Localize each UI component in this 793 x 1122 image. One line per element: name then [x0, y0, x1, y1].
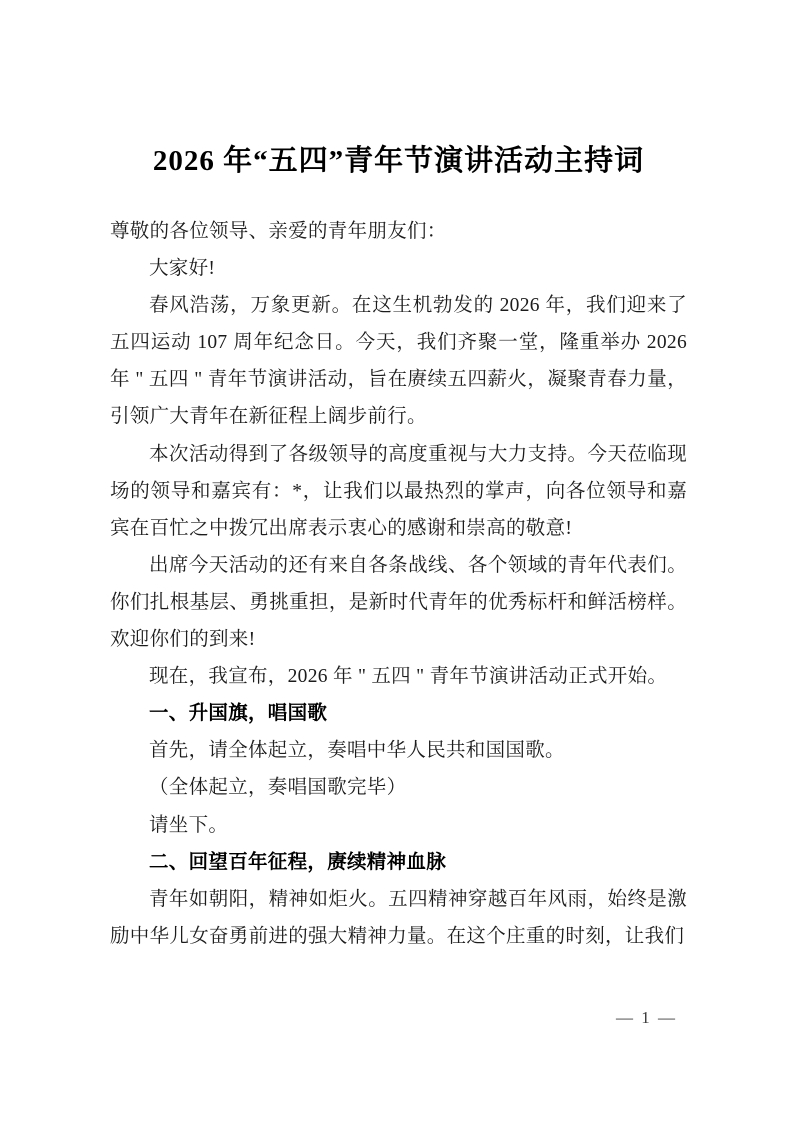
document-content: 2026 年“五四”青年节演讲活动主持词 尊敬的各位领导、亲爱的青年朋友们：大家… — [110, 138, 687, 955]
paragraph: 现在，我宣布，2026 年 " 五四 " 青年节演讲活动正式开始。 — [110, 658, 687, 695]
paragraph: 春风浩荡，万象更新。在这生机勃发的 2026 年，我们迎来了五四运动 107 周… — [110, 287, 687, 435]
document-page: 2026 年“五四”青年节演讲活动主持词 尊敬的各位领导、亲爱的青年朋友们：大家… — [0, 0, 793, 1122]
paragraph: 出席今天活动的还有来自各条战线、各个领域的青年代表们。你们扎根基层、勇挑重担，是… — [110, 547, 687, 658]
section-heading: 二、回望百年征程，赓续精神血脉 — [110, 844, 687, 881]
document-title: 2026 年“五四”青年节演讲活动主持词 — [110, 138, 687, 184]
paragraph: 本次活动得到了各级领导的高度重视与大力支持。今天莅临现场的领导和嘉宾有：*，让我… — [110, 436, 687, 547]
paragraphs: 尊敬的各位领导、亲爱的青年朋友们：大家好!春风浩荡，万象更新。在这生机勃发的 2… — [110, 213, 687, 955]
section-heading: 一、升国旗，唱国歌 — [110, 695, 687, 732]
page-number: — 1 — — [616, 1006, 677, 1030]
paragraph: 请坐下。 — [110, 807, 687, 844]
paragraph: （全体起立，奏唱国歌完毕） — [110, 769, 687, 806]
paragraph: 青年如朝阳，精神如炬火。五四精神穿越百年风雨，始终是激励中华儿女奋勇前进的强大精… — [110, 881, 687, 955]
paragraph: 尊敬的各位领导、亲爱的青年朋友们： — [110, 213, 687, 250]
paragraph: 首先，请全体起立，奏唱中华人民共和国国歌。 — [110, 732, 687, 769]
paragraph: 大家好! — [110, 250, 687, 287]
